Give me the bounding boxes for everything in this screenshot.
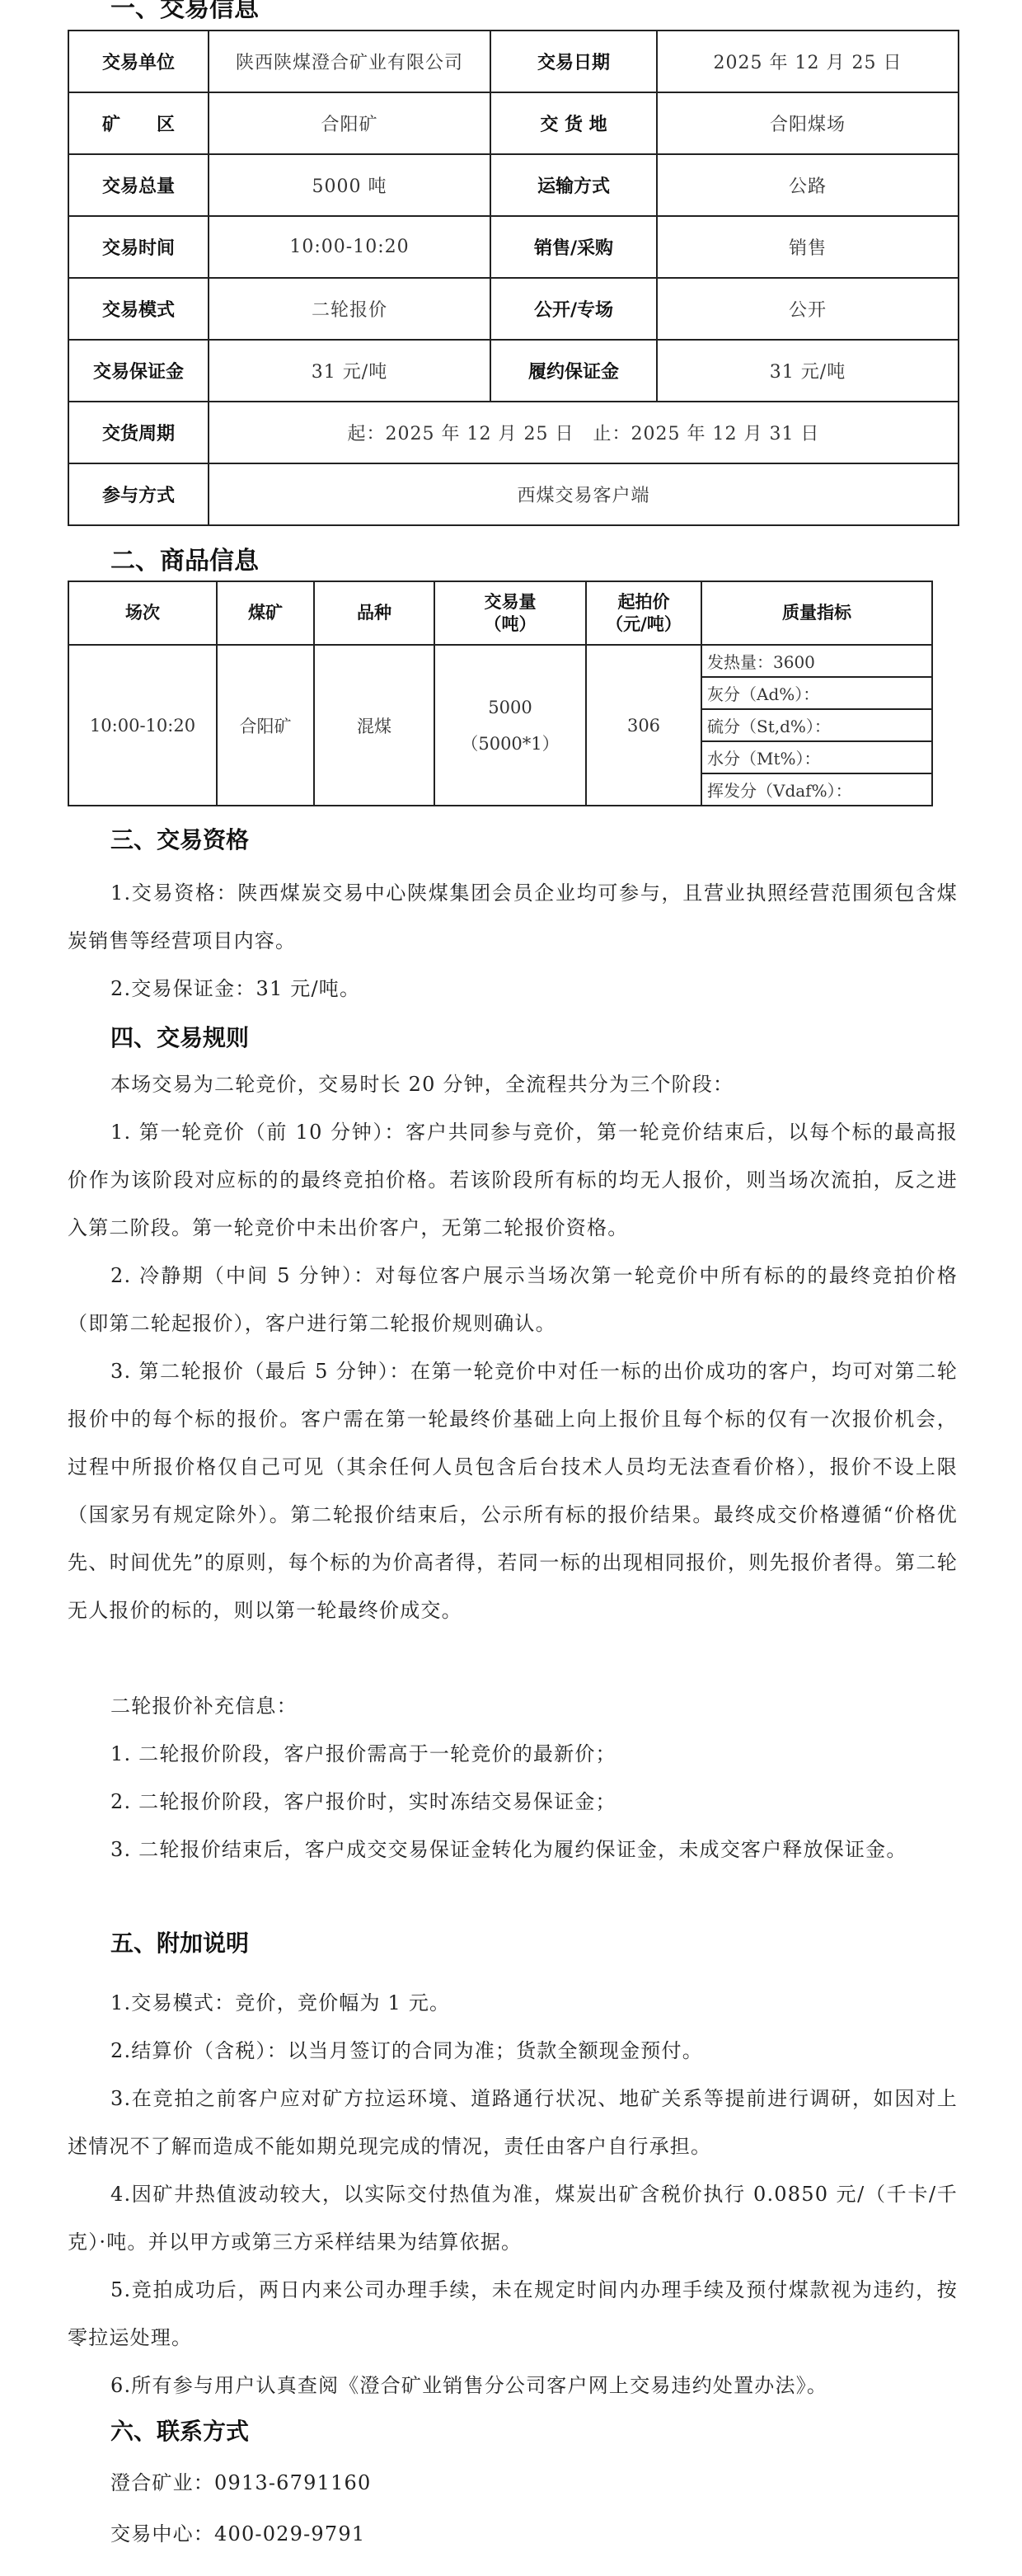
goods-info-table: 场次 煤矿 品种 交易量 （吨） 起拍价 （元/吨） 质量指标 10:00-10… <box>68 581 933 806</box>
header-line: （吨） <box>435 613 585 636</box>
quality-item: 灰分（Ad%）： <box>701 677 932 709</box>
field-label: 交易日期 <box>490 31 657 92</box>
quality-item: 水分（Mt%）： <box>701 741 932 773</box>
header-line: 起拍价 <box>587 591 701 613</box>
field-value: 5000 吨 <box>209 154 490 216</box>
quality-item: 挥发分（Vdaf%）： <box>701 773 932 806</box>
note-item: 4.因矿井热值波动较大，以实际交付热值为准，煤炭出矿含税价执行 0.0850 元… <box>68 2170 958 2266</box>
note-item: 2.结算价（含税）：以当月签订的合同为准；货款全额现金预付。 <box>68 2027 958 2075</box>
column-header: 煤矿 <box>217 581 314 645</box>
rules-stage-2: 2. 冷静期（中间 5 分钟）：对每位客户展示当场次第一轮竞价中所有标的的最终竞… <box>68 1252 958 1347</box>
volume-cell: 5000 （5000*1） <box>434 645 586 806</box>
field-label: 交易单位 <box>68 31 209 92</box>
table-header-row: 场次 煤矿 品种 交易量 （吨） 起拍价 （元/吨） 质量指标 <box>68 581 932 645</box>
field-label: 运输方式 <box>490 154 657 216</box>
field-value: 销售 <box>657 216 959 278</box>
table-row: 交易时间 10:00-10:20 销售/采购 销售 <box>68 216 959 278</box>
note-item: 5.竞拍成功后，两日内来公司办理手续，未在规定时间内办理手续及预付煤款视为违约，… <box>68 2266 958 2362</box>
section-heading-qualification: 三、交易资格 <box>110 826 249 854</box>
table-row: 交易总量 5000 吨 运输方式 公路 <box>68 154 959 216</box>
note-item: 6.所有参与用户认真查阅《澄合矿业销售分公司客户网上交易违约处置办法》。 <box>68 2362 958 2409</box>
section-heading-rules: 四、交易规则 <box>110 1024 249 1052</box>
delivery-period-label: 交货周期 <box>68 402 209 463</box>
delivery-period-value: 起：2025 年 12 月 25 日 止：2025 年 12 月 31 日 <box>209 402 959 463</box>
column-header: 起拍价 （元/吨） <box>586 581 701 645</box>
section-heading-trade-info: 一、交易信息 <box>110 0 259 23</box>
qualification-item: 2.交易保证金：31 元/吨。 <box>68 965 958 1013</box>
quality-item: 硫分（St,d%）： <box>701 709 932 741</box>
field-value: 合阳煤场 <box>657 92 959 154</box>
field-value: 10:00-10:20 <box>209 216 490 278</box>
table-row: 交易模式 二轮报价 公开/专场 公开 <box>68 278 959 340</box>
qualification-item: 1.交易资格：陕西煤炭交易中心陕煤集团会员企业均可参与，且营业执照经营范围须包含… <box>68 869 958 965</box>
rules-supplement-title: 二轮报价补充信息： <box>68 1682 958 1730</box>
field-label: 交 货 地 <box>490 92 657 154</box>
rules-stage-3: 3. 第二轮报价（最后 5 分钟）：在第一轮竞价中对任一标的出价成功的客户，均可… <box>68 1347 958 1634</box>
table-row: 交易保证金 31 元/吨 履约保证金 31 元/吨 <box>68 340 959 402</box>
field-value: 陕西陕煤澄合矿业有限公司 <box>209 31 490 92</box>
variety-cell: 混煤 <box>314 645 434 806</box>
field-label: 交易保证金 <box>68 340 209 402</box>
field-label: 销售/采购 <box>490 216 657 278</box>
field-label: 交易模式 <box>68 278 209 340</box>
mine-cell: 合阳矿 <box>217 645 314 806</box>
field-value: 二轮报价 <box>209 278 490 340</box>
header-line: （元/吨） <box>587 613 701 636</box>
rules-supplement-item: 1. 二轮报价阶段，客户报价需高于一轮竞价的最新价； <box>68 1730 958 1778</box>
volume-value: 5000 <box>435 689 585 726</box>
rules-intro: 本场交易为二轮竞价，交易时长 20 分钟，全流程共分为三个阶段： <box>68 1060 958 1108</box>
table-row: 交易单位 陕西陕煤澄合矿业有限公司 交易日期 2025 年 12 月 25 日 <box>68 31 959 92</box>
field-label: 履约保证金 <box>490 340 657 402</box>
section-heading-goods-info: 二、商品信息 <box>110 548 259 576</box>
column-header: 品种 <box>314 581 434 645</box>
participation-value: 西煤交易客户端 <box>209 463 959 525</box>
contact-item: 澄合矿业：0913-6791160 <box>68 2459 958 2507</box>
field-value: 公开 <box>657 278 959 340</box>
rules-supplement-item: 3. 二轮报价结束后，客户成交交易保证金转化为履约保证金，未成交客户释放保证金。 <box>68 1826 958 1873</box>
table-row: 参与方式 西煤交易客户端 <box>68 463 959 525</box>
contact-item: 交易中心：400-029-9791 <box>68 2510 958 2558</box>
note-item: 1.交易模式：竞价，竞价幅为 1 元。 <box>68 1979 958 2027</box>
session-cell: 10:00-10:20 <box>68 645 217 806</box>
field-value: 31 元/吨 <box>209 340 490 402</box>
field-value: 31 元/吨 <box>657 340 959 402</box>
section-heading-contacts: 六、联系方式 <box>110 2418 249 2446</box>
table-row: 交货周期 起：2025 年 12 月 25 日 止：2025 年 12 月 31… <box>68 402 959 463</box>
note-item: 3.在竞拍之前客户应对矿方拉运环境、道路通行状况、地矿关系等提前进行调研，如因对… <box>68 2075 958 2170</box>
table-row: 10:00-10:20 合阳矿 混煤 5000 （5000*1） 306 发热量… <box>68 645 932 677</box>
participation-label: 参与方式 <box>68 463 209 525</box>
table-row: 矿 区 合阳矿 交 货 地 合阳煤场 <box>68 92 959 154</box>
field-value: 公路 <box>657 154 959 216</box>
field-value: 2025 年 12 月 25 日 <box>657 31 959 92</box>
field-label: 矿 区 <box>68 92 209 154</box>
field-label: 公开/专场 <box>490 278 657 340</box>
volume-breakdown: （5000*1） <box>435 726 585 762</box>
section-heading-notes: 五、附加说明 <box>110 1930 249 1958</box>
quality-item: 发热量：3600 <box>701 645 932 677</box>
field-label: 交易总量 <box>68 154 209 216</box>
rules-supplement-item: 2. 二轮报价阶段，客户报价时，实时冻结交易保证金； <box>68 1778 958 1826</box>
field-label: 交易时间 <box>68 216 209 278</box>
column-header: 场次 <box>68 581 217 645</box>
start-price-cell: 306 <box>586 645 701 806</box>
column-header: 质量指标 <box>701 581 932 645</box>
field-value: 合阳矿 <box>209 92 490 154</box>
trade-info-table: 交易单位 陕西陕煤澄合矿业有限公司 交易日期 2025 年 12 月 25 日 … <box>68 30 959 526</box>
header-line: 交易量 <box>435 591 585 613</box>
rules-stage-1: 1. 第一轮竞价（前 10 分钟）：客户共同参与竞价，第一轮竞价结束后，以每个标… <box>68 1108 958 1252</box>
column-header: 交易量 （吨） <box>434 581 586 645</box>
